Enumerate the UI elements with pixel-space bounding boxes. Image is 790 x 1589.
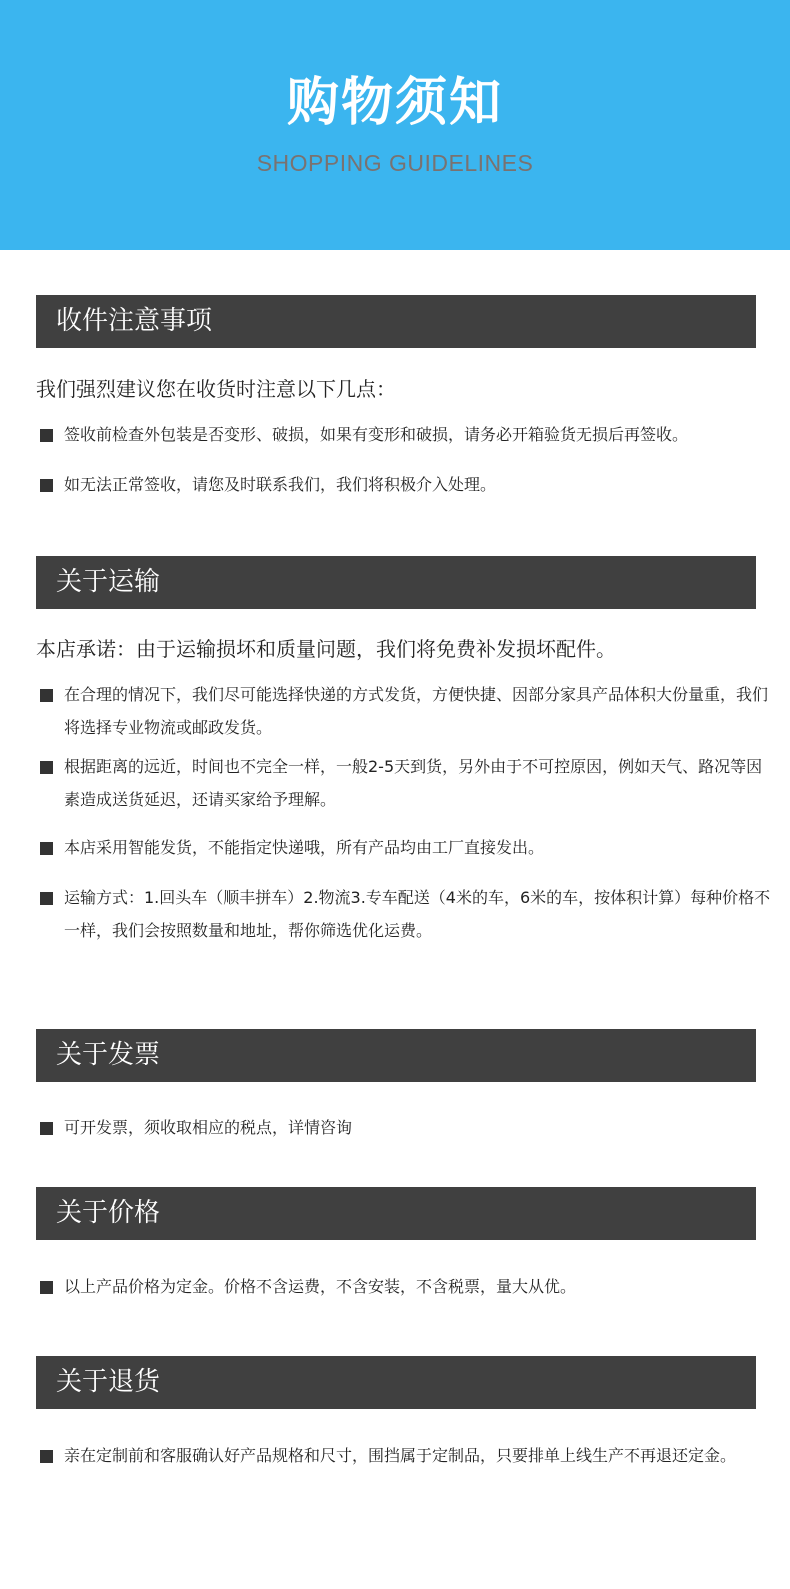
square-bullet-icon <box>40 842 53 855</box>
section-header-returns: 关于退货 <box>36 1356 756 1409</box>
section-title: 关于运输 <box>56 556 160 609</box>
list-item-text: 根据距离的远近，时间也不完全一样，一般2-5天到货，另外由于不可控原因，例如天气… <box>64 750 774 816</box>
square-bullet-icon <box>40 689 53 702</box>
list-item-text: 以上产品价格为定金。价格不含运费，不含安装，不含税票，量大从优。 <box>64 1270 774 1303</box>
section-title: 关于发票 <box>56 1029 160 1082</box>
list-item-text: 在合理的情况下，我们尽可能选择快递的方式发货，方便快捷、因部分家具产品体积大份量… <box>64 678 774 744</box>
section-title: 关于价格 <box>56 1187 160 1240</box>
section-header-price: 关于价格 <box>36 1187 756 1240</box>
list-item-text: 签收前检查外包装是否变形、破损，如果有变形和破损，请务必开箱验货无损后再签收。 <box>64 418 774 451</box>
page-subtitle: SHOPPING GUIDELINES <box>0 148 790 178</box>
list-item-text: 如无法正常签收，请您及时联系我们，我们将积极介入处理。 <box>64 468 774 501</box>
square-bullet-icon <box>40 479 53 492</box>
section-header-invoice: 关于发票 <box>36 1029 756 1082</box>
list-item-text: 本店采用智能发货，不能指定快递哦，所有产品均由工厂直接发出。 <box>64 831 774 864</box>
square-bullet-icon <box>40 761 53 774</box>
section-header-shipping: 关于运输 <box>36 556 756 609</box>
list-item-text: 可开发票，须收取相应的税点，详情咨询 <box>64 1111 774 1144</box>
page-title: 购物须知 <box>0 72 790 134</box>
square-bullet-icon <box>40 1122 53 1135</box>
list-item-text: 亲在定制前和客服确认好产品规格和尺寸，围挡属于定制品，只要排单上线生产不再退还定… <box>64 1439 774 1472</box>
section-header-receiving: 收件注意事项 <box>36 295 756 348</box>
section-title: 关于退货 <box>56 1356 160 1409</box>
header-banner: 购物须知 SHOPPING GUIDELINES <box>0 0 790 250</box>
square-bullet-icon <box>40 892 53 905</box>
section-lead: 本店承诺：由于运输损坏和质量问题，我们将免费补发损坏配件。 <box>36 634 616 664</box>
square-bullet-icon <box>40 1450 53 1463</box>
square-bullet-icon <box>40 1281 53 1294</box>
square-bullet-icon <box>40 429 53 442</box>
section-lead: 我们强烈建议您在收货时注意以下几点： <box>36 374 396 404</box>
list-item-text: 运输方式：1.回头车（顺丰拼车）2.物流3.专车配送（4米的车，6米的车，按体积… <box>64 881 774 947</box>
section-title: 收件注意事项 <box>56 295 212 348</box>
